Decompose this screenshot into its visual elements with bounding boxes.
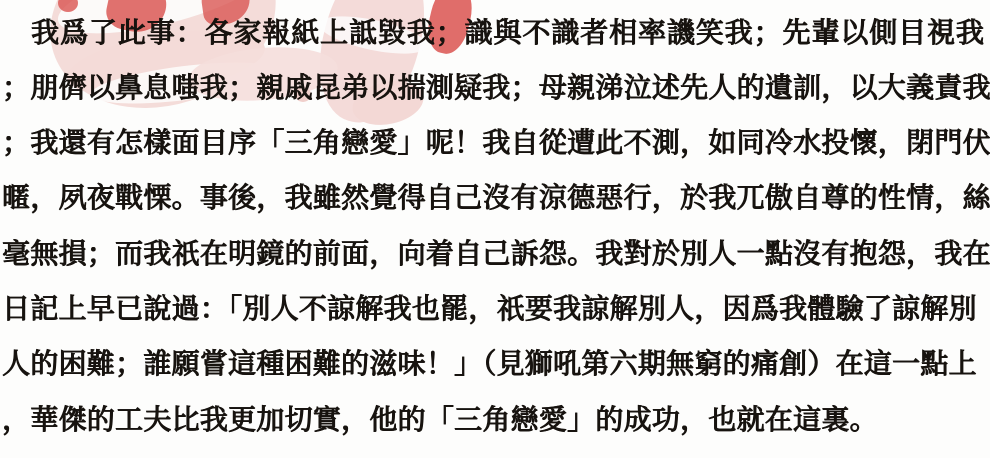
text-line: 人的困難；誰願嘗這種困難的滋味！」（見獅吼第六期無窮的痛創）在這一點上 bbox=[2, 348, 988, 382]
scanned-page: 我爲了此事：各家報紙上詆毀我；識與不識者相率譏笑我；先輩以側目視我 ；朋儕以鼻息… bbox=[0, 0, 990, 458]
text-line: 暱，夙夜戰慄。事後，我雖然覺得自己沒有涼德惡行，於我兀傲自尊的性情，絲 bbox=[2, 182, 988, 216]
text-line: 毫無損；而我祇在明鏡的前面，向着自己訴怨。我對於別人一點沒有抱怨，我在 bbox=[2, 238, 988, 272]
text-line: ，華傑的工夫比我更加切實，他的「三角戀愛」的成功，也就在這裏。 bbox=[2, 404, 988, 438]
text-line: ；我還有怎樣面目序「三角戀愛」呢！我自從遭此不測，如同冷水投懷，閉門伏 bbox=[2, 127, 988, 161]
text-line: ；朋儕以鼻息嗤我；親戚昆弟以揣測疑我；母親涕泣述先人的遺訓，以大義責我 bbox=[2, 72, 988, 106]
paragraph: 我爲了此事：各家報紙上詆毀我；識與不識者相率譏笑我；先輩以側目視我 ；朋儕以鼻息… bbox=[0, 0, 990, 458]
text-line: 我爲了此事：各家報紙上詆毀我；識與不識者相率譏笑我；先輩以側目視我 bbox=[2, 17, 988, 51]
text-line: 日記上早已說過：「別人不諒解我也罷，祇要我諒解別人，因爲我體驗了諒解別 bbox=[2, 293, 988, 327]
